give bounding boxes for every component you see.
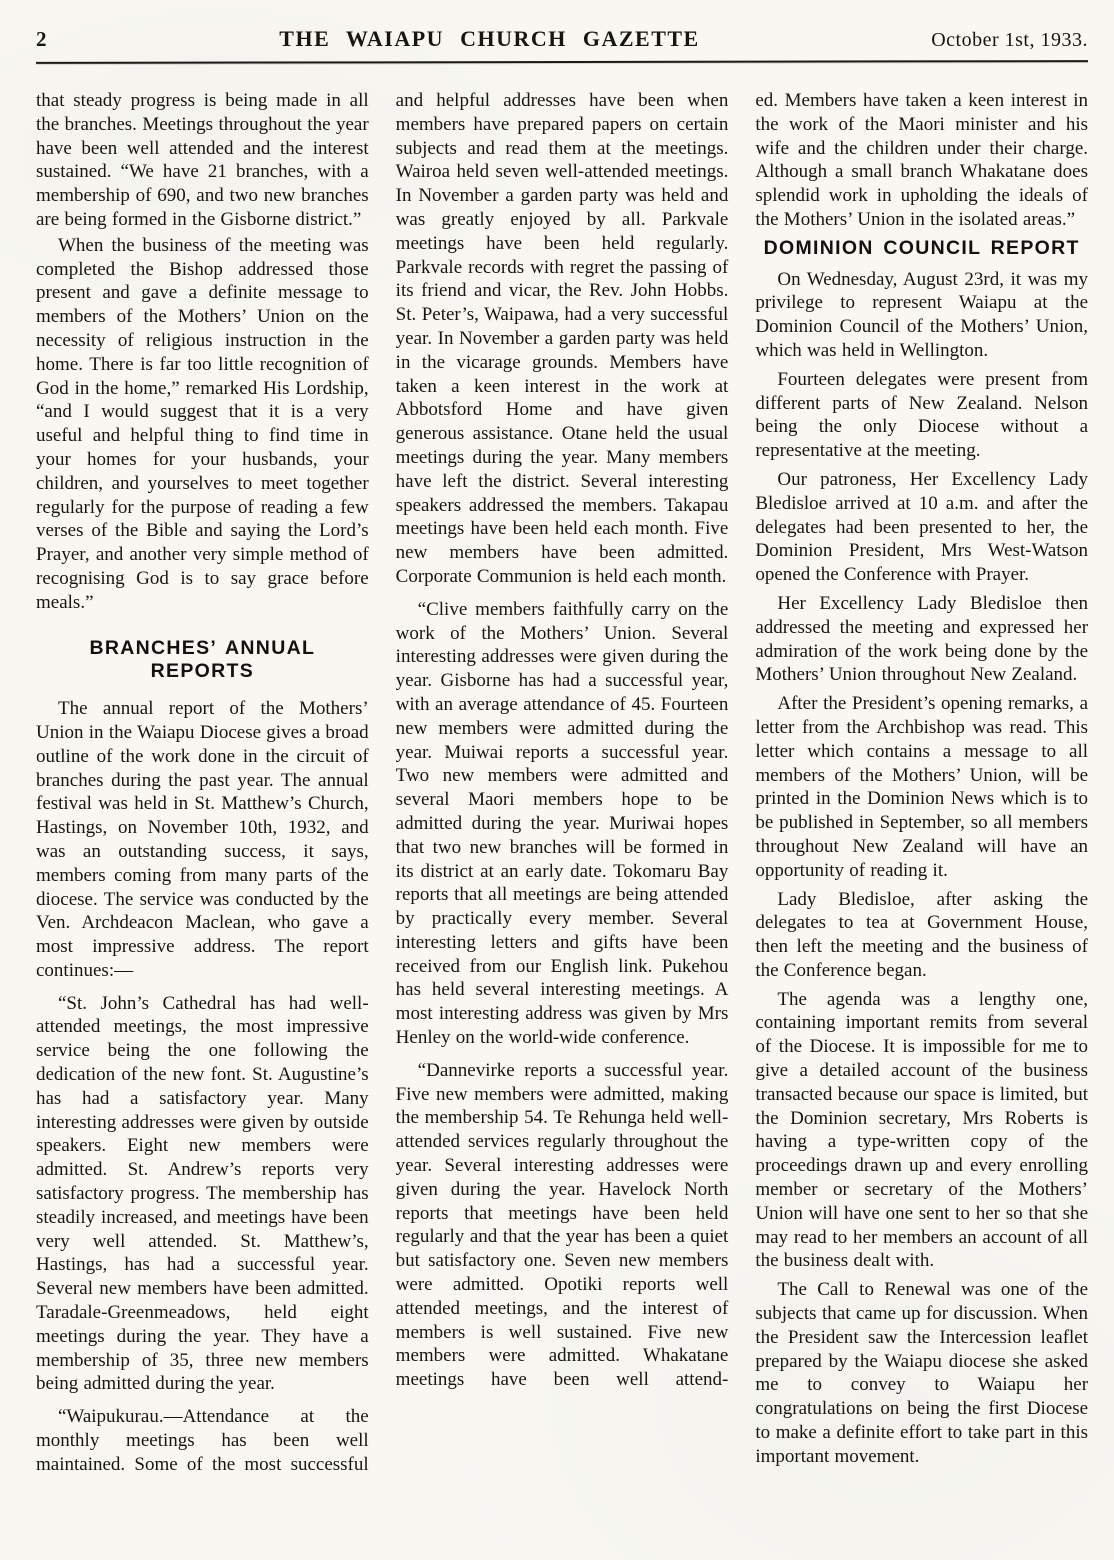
article-paragraph: When the business of the meeting was com… [36, 234, 369, 615]
article-paragraph: Lady Bledisloe, after asking the delegat… [755, 888, 1088, 983]
article-paragraph: ed. Members have taken a keen interest i… [755, 89, 1088, 232]
page-number: 2 [36, 27, 106, 52]
issue-date: October 1st, 1933. [873, 29, 1088, 52]
article-paragraph: and helpful addresses have been when mem… [396, 89, 729, 589]
header-rule [36, 60, 1088, 64]
article-body: that steady progress is being made in al… [36, 89, 1088, 1486]
article-paragraph: Our patroness, Her Excellency Lady Bledi… [755, 468, 1088, 587]
article-paragraph: Fourteen delegates were present from dif… [755, 368, 1088, 463]
article-paragraph: “Dannevirke reports a successful year. F… [396, 1059, 729, 1392]
article-paragraph: The agenda was a lengthy one, containing… [755, 988, 1088, 1274]
article-paragraph: “St. John’s Cathedral has had well-atten… [36, 992, 369, 1397]
column-1: that steady progress is being made in al… [36, 89, 369, 1486]
article-paragraph: Her Excellency Lady Bledisloe then addre… [755, 592, 1088, 687]
section-heading-branches-annual-reports: BRANCHES’ ANNUAL REPORTS [36, 637, 369, 685]
article-paragraph: “Waipukurau.—Attendance at the monthly m… [36, 1405, 369, 1476]
article-paragraph: On Wednesday, August 23rd, it was my pri… [755, 268, 1088, 363]
page-header: 2 THE WAIAPU CHURCH GAZETTE October 1st,… [36, 26, 1088, 52]
column-3: ed. Members have taken a keen interest i… [755, 89, 1088, 1486]
newspaper-page: 2 THE WAIAPU CHURCH GAZETTE October 1st,… [0, 0, 1114, 1560]
article-paragraph: After the President’s opening remarks, a… [755, 692, 1088, 882]
gazette-title: THE WAIAPU CHURCH GAZETTE [106, 26, 873, 52]
article-paragraph: The Call to Renewal was one of the subje… [755, 1278, 1088, 1468]
section-heading-dominion-council-report: DOMINION COUNCIL REPORT [755, 237, 1088, 261]
column-2: and helpful addresses have been when mem… [396, 89, 729, 1486]
article-paragraph: that steady progress is being made in al… [36, 89, 369, 232]
article-paragraph: “Clive members faithfully carry on the w… [396, 598, 729, 1050]
article-paragraph: The annual report of the Mothers’ Union … [36, 697, 369, 983]
